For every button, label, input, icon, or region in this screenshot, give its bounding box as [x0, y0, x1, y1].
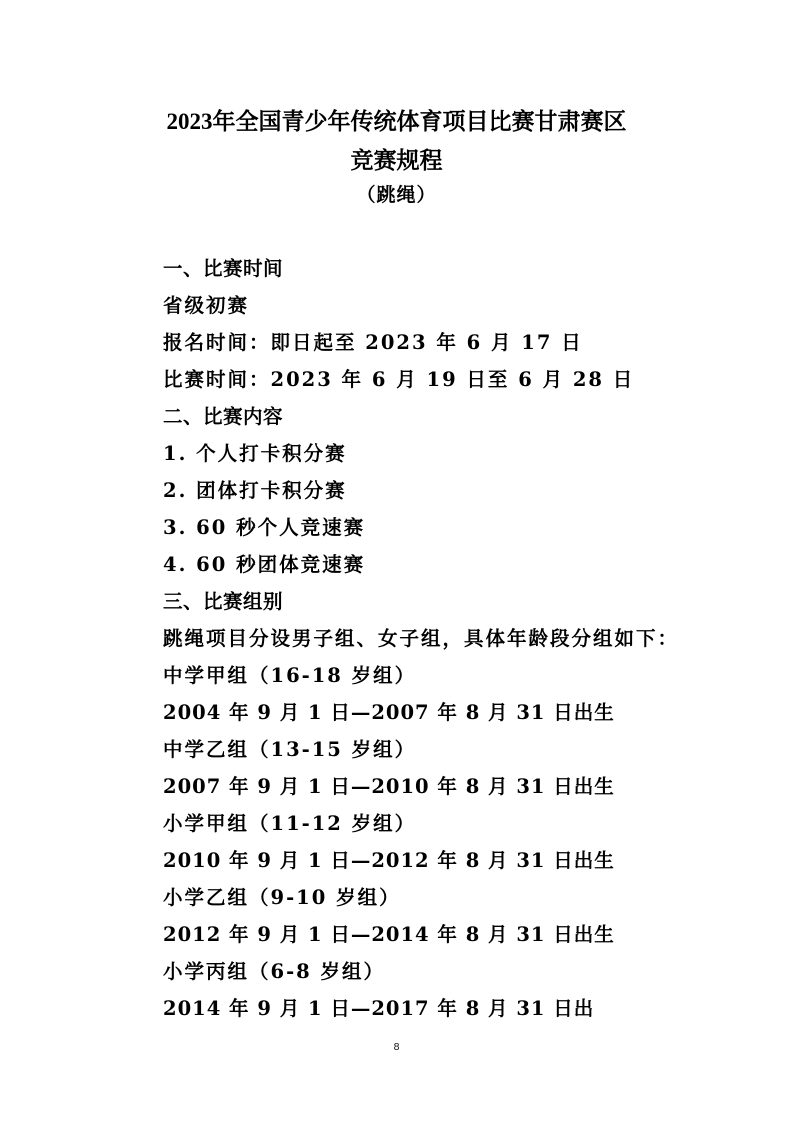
- group-label: 小学甲组（11-12 岁组）: [163, 810, 723, 847]
- section-heading-time: 一、比赛时间: [163, 255, 723, 292]
- list-item: 4. 60 秒团体竞速赛: [163, 551, 723, 588]
- list-item: 1. 个人打卡积分赛: [163, 440, 723, 477]
- group-label: 中学甲组（16-18 岁组）: [163, 662, 723, 699]
- section-heading-groups: 三、比赛组别: [163, 588, 723, 625]
- group-label: 小学乙组（9-10 岁组）: [163, 884, 723, 921]
- document-body: 一、比赛时间 省级初赛 报名时间：即日起至 2023 年 6 月 17 日 比赛…: [163, 255, 723, 1032]
- document-sport-label: （跳绳）: [0, 180, 793, 207]
- document-title: 2023年全国青少年传统体育项目比赛甘肃赛区: [0, 103, 793, 136]
- birth-date-range: 2012 年 9 月 1 日—2014 年 8 月 31 日出生: [163, 921, 723, 958]
- group-label: 小学丙组（6-8 岁组）: [163, 958, 723, 995]
- document-subtitle: 竞赛规程: [0, 142, 793, 175]
- body-line: 省级初赛: [163, 292, 723, 329]
- list-item: 2. 团体打卡积分赛: [163, 477, 723, 514]
- birth-date-range: 2004 年 9 月 1 日—2007 年 8 月 31 日出生: [163, 699, 723, 736]
- birth-date-range: 2014 年 9 月 1 日—2017 年 8 月 31 日出: [163, 995, 723, 1032]
- page-number: 8: [0, 1042, 793, 1053]
- birth-date-range: 2010 年 9 月 1 日—2012 年 8 月 31 日出生: [163, 847, 723, 884]
- group-label: 中学乙组（13-15 岁组）: [163, 736, 723, 773]
- body-line: 跳绳项目分设男子组、女子组，具体年龄段分组如下：: [163, 625, 723, 662]
- section-heading-content: 二、比赛内容: [163, 403, 723, 440]
- list-item: 3. 60 秒个人竞速赛: [163, 514, 723, 551]
- body-line: 比赛时间：2023 年 6 月 19 日至 6 月 28 日: [163, 366, 723, 403]
- birth-date-range: 2007 年 9 月 1 日—2010 年 8 月 31 日出生: [163, 773, 723, 810]
- body-line: 报名时间：即日起至 2023 年 6 月 17 日: [163, 329, 723, 366]
